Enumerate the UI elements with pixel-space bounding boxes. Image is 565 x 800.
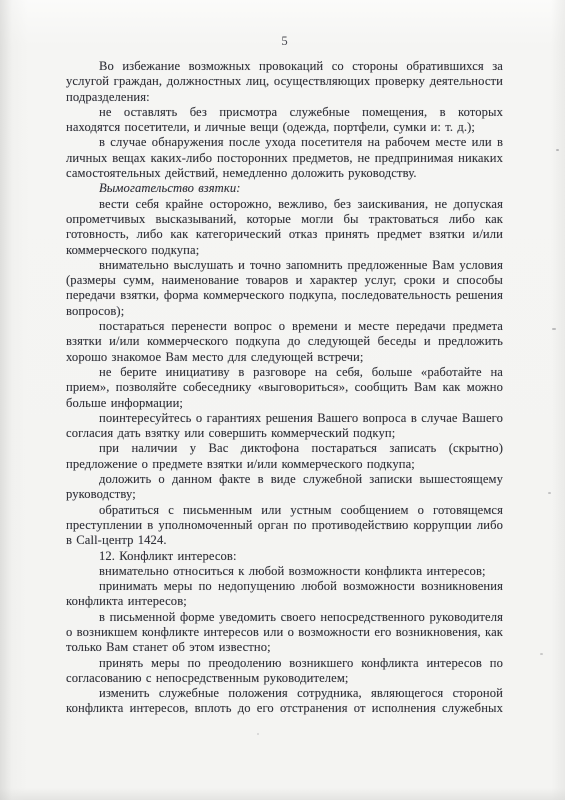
- document-body: Во избежание возможных провокаций со сто…: [66, 59, 503, 717]
- paragraph: не берите инициативу в разговоре на себя…: [66, 365, 503, 411]
- scan-speck: [548, 492, 551, 494]
- paragraph: при наличии у Вас диктофона постараться …: [66, 441, 503, 472]
- scan-speck: [540, 653, 543, 655]
- paragraph: внимательно выслушать и точно запомнить …: [66, 258, 503, 319]
- paragraph: Во избежание возможных провокаций со сто…: [66, 59, 503, 105]
- paragraph: доложить о данном факте в виде служебной…: [66, 472, 503, 503]
- paragraph: принять меры по преодолению возникшего к…: [66, 656, 503, 687]
- scan-speck: [257, 733, 259, 735]
- paragraph: вести себя крайне осторожно, вежливо, бе…: [66, 197, 503, 258]
- scan-speck: [552, 328, 556, 330]
- paragraph: в письменной форме уведомить своего непо…: [66, 610, 503, 656]
- paragraph: изменить служебные положения сотрудника,…: [66, 686, 503, 717]
- document-page: 5 Во избежание возможных провокаций со с…: [0, 0, 565, 800]
- paragraph: обратиться с письменным или устным сообщ…: [66, 503, 503, 549]
- paragraph: постараться перенести вопрос о времени и…: [66, 319, 503, 365]
- paragraph: не оставлять без присмотра служебные пом…: [66, 105, 503, 136]
- page-number: 5: [66, 34, 503, 49]
- paragraph: поинтересуйтесь о гарантиях решения Ваше…: [66, 411, 503, 442]
- paragraph: принимать меры по недопущению любой возм…: [66, 579, 503, 610]
- paragraph: в случае обнаружения после ухода посетит…: [66, 135, 503, 181]
- scan-speck: [556, 149, 559, 151]
- section-heading-conflict: 12. Конфликт интересов:: [66, 549, 503, 564]
- paragraph: внимательно относиться к любой возможнос…: [66, 564, 503, 579]
- section-heading-extortion: Вымогательство взятки:: [66, 181, 503, 196]
